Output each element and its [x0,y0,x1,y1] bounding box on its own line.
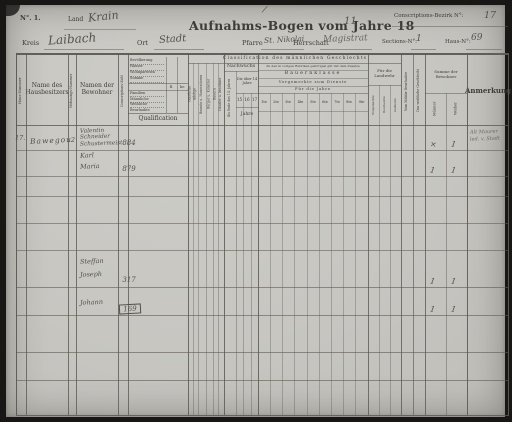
ort-value-handwriting: Stadt [159,33,187,46]
row-tick-men: 1 [429,276,438,286]
vormerkung-year-cell: 7te [331,93,343,111]
nachwuchs-year-cell: 17 [251,93,258,107]
grid-vline [307,93,308,415]
grid-hline [392,26,508,27]
nachwuchs-under14-column: Bis Ende des 14. Jahres [224,71,236,125]
scan-corner-shadow [6,5,20,16]
grid-vline [401,53,402,415]
screenshot-stage: N°. 1. Land Krain Aufnahms-Bogen vom Jah… [0,0,512,422]
nachwuchs-jahre-label: Jahre [236,107,258,123]
grid-hline [261,49,304,50]
grid-vline [270,93,271,415]
grid-vline [343,93,344,415]
sheet-number: N°. 1. [20,14,41,22]
row-conscription-number: 879 [119,165,139,173]
summe-subcolumn-label: Weiber [446,93,467,125]
vormerkung-year-cell: 1te [258,93,270,111]
summe-box-title: Summe der Bewohner [425,57,467,93]
grid-hline [16,352,509,353]
summary-box1-value [166,76,177,82]
vormerkung-year-cell: 4te [294,93,307,111]
grid-vline [224,53,225,415]
row-tick-women: 1 [450,276,459,286]
kreis-value-handwriting: Laibach [48,30,97,47]
vormerkung-line4: Für die Jahre [258,86,368,93]
vormerkung-year-cell: 6te [319,93,331,111]
grid-vline [76,53,77,415]
haus-number-label: Haus-N°: [445,39,471,45]
grid-hline [258,78,368,79]
row-resident-name: Johann [80,297,120,306]
conscription-district-label: Conscriptions-Bezirk N°: [394,13,463,19]
column-female-sex: Das weibliche Geschlecht [413,57,425,125]
row-resident-name: Karl [80,150,120,159]
grid-vline [467,53,468,415]
grid-hline [44,49,124,50]
row-resident-name: Schustermeist. [80,140,120,147]
herrschaft-value-handwriting: Magistrat [323,33,368,45]
grid-vline [26,53,27,415]
landwehr-title: Für die Landwehr [368,63,401,85]
grid-vline [251,93,252,415]
summary-box2-currency-head: kr. [177,84,188,90]
row-tick-women: 1 [450,139,459,149]
row-tick-women: 1 [450,304,459,314]
row-tick-men: × [429,139,438,149]
summary-box2-currency-head: fl. [166,84,177,90]
haus-number-value: 69 [471,33,482,43]
sections-number-value: 1 [416,34,422,44]
grid-vline [282,93,283,415]
classification-heading: Classification des männlichen Geschlecht… [188,55,402,63]
grid-vline [331,93,332,415]
vormerkung-year-cell: 9te [355,93,368,111]
grid-hline [320,49,372,50]
grid-vline [413,53,414,415]
kreis-label: Kreis [22,39,39,47]
row-resident-name: Maria [80,161,120,170]
row-conscription-number: 884 [119,139,139,147]
grid-hline [16,223,509,224]
vormerkung-year-cell: 5te [307,93,319,111]
grid-hline [236,107,258,108]
vormerkung-year-cell: 8te [343,93,355,111]
grid-hline [258,86,368,87]
grid-hline [16,176,509,177]
grid-vline [508,53,509,415]
vormerkung-line2: Bauernklasse [258,70,368,78]
scanned-form-paper: N°. 1. Land Krain Aufnahms-Bogen vom Jah… [6,5,505,417]
stray-pen-mark: ∕ [262,5,267,15]
grid-hline [258,70,368,71]
column-dwelling-number: Wohnungs-Nummer [68,60,76,122]
ort-label: Ort [137,39,148,47]
grid-hline [411,49,436,50]
grid-hline [16,380,509,381]
grid-hline [258,111,368,112]
land-label: Land [68,16,83,23]
nachwuchs-over14-label: Die über 14 Jahre [236,71,258,93]
grid-vline [319,93,320,415]
vormerkung-year-cell: 3te [282,93,294,111]
grid-vline [446,93,447,415]
summary-box1-label: Summe [130,76,164,83]
classification-column-label: Häusler u. Inwohner [218,63,224,125]
grid-vline [243,93,244,415]
form-title: Aufnahms-Bogen vom Jahre 18 [189,18,415,33]
grid-hline [16,196,509,197]
row-owner-name: Bawegou [30,135,68,146]
row-resident-name: Steffan [80,256,120,265]
column-owner-name: Name des Hausbesitzers [27,61,67,119]
vormerkung-line1: Zu den in vorigen Rubriken gehörigen gil… [258,63,368,70]
grid-vline [16,53,17,415]
grid-hline [16,250,509,251]
column-residents-names: Namen der Bewohner [77,61,117,119]
vormerkung-line3: Vorgemerkte zum Dienste [258,78,368,86]
row-tick-men: 1 [429,304,438,314]
grid-hline [224,71,258,72]
landwehr-subcolumn-label: Beurlaubte [379,85,390,125]
column-conscription-number: Conscriptions-Zahl [118,60,128,122]
grid-hline [16,125,509,126]
landwehr-subcolumn-label: Vorgemerkte [368,85,379,125]
row-tick-women: 1 [450,165,459,175]
grid-hline [16,53,509,55]
row-remark: led. v. Stadt [470,135,508,142]
classification-column-label: Beamte u. Honoratioren [198,63,206,125]
grid-hline [466,49,502,50]
column-anmerkung: Anmerkung [467,57,509,125]
grid-hline [16,415,509,416]
classification-column-label: Bürger u. Künstler [206,63,213,125]
grid-vline [128,53,129,415]
grid-vline [355,93,356,415]
row-tick-men: 1 [429,165,438,175]
grid-hline [16,287,509,288]
grid-vline [294,93,295,415]
grid-vline [118,53,119,415]
column-military-on-leave: Vom Militär Beurlaubte [401,57,413,125]
nachwuchs-year-cell: 16 [243,93,251,107]
land-value-handwriting: Krain [87,8,119,24]
summary-box2-label: Beurlaubte [130,108,164,114]
grid-hline [64,29,136,30]
conscription-district-value: 17 [484,10,496,21]
grid-vline [236,71,237,415]
grid-hline [16,315,509,316]
landwehr-subcolumn-label: Gediente [390,85,401,125]
row-conscription-number: 169 [119,303,141,314]
pfarre-label: Pfarre [242,39,263,47]
row-house-number: 17. [15,134,28,142]
row-resident-name: Joseph [80,269,120,278]
row-dwelling-number: 2 [69,136,77,144]
nachwuchs-year-cell: 15 [236,93,243,107]
grid-hline [154,49,204,50]
grid-vline [68,53,69,415]
nachwuchs-title: Nachwuchs [224,63,258,71]
row-conscription-number: 317 [119,276,139,284]
sections-number-label: Sections-N°: [382,39,417,45]
qualification-label: Qualification [128,113,188,125]
summe-subcolumn-label: Männer [425,93,446,125]
vormerkung-year-cell: 2te [270,93,282,111]
title-year-handwriting: 11 [344,16,357,27]
